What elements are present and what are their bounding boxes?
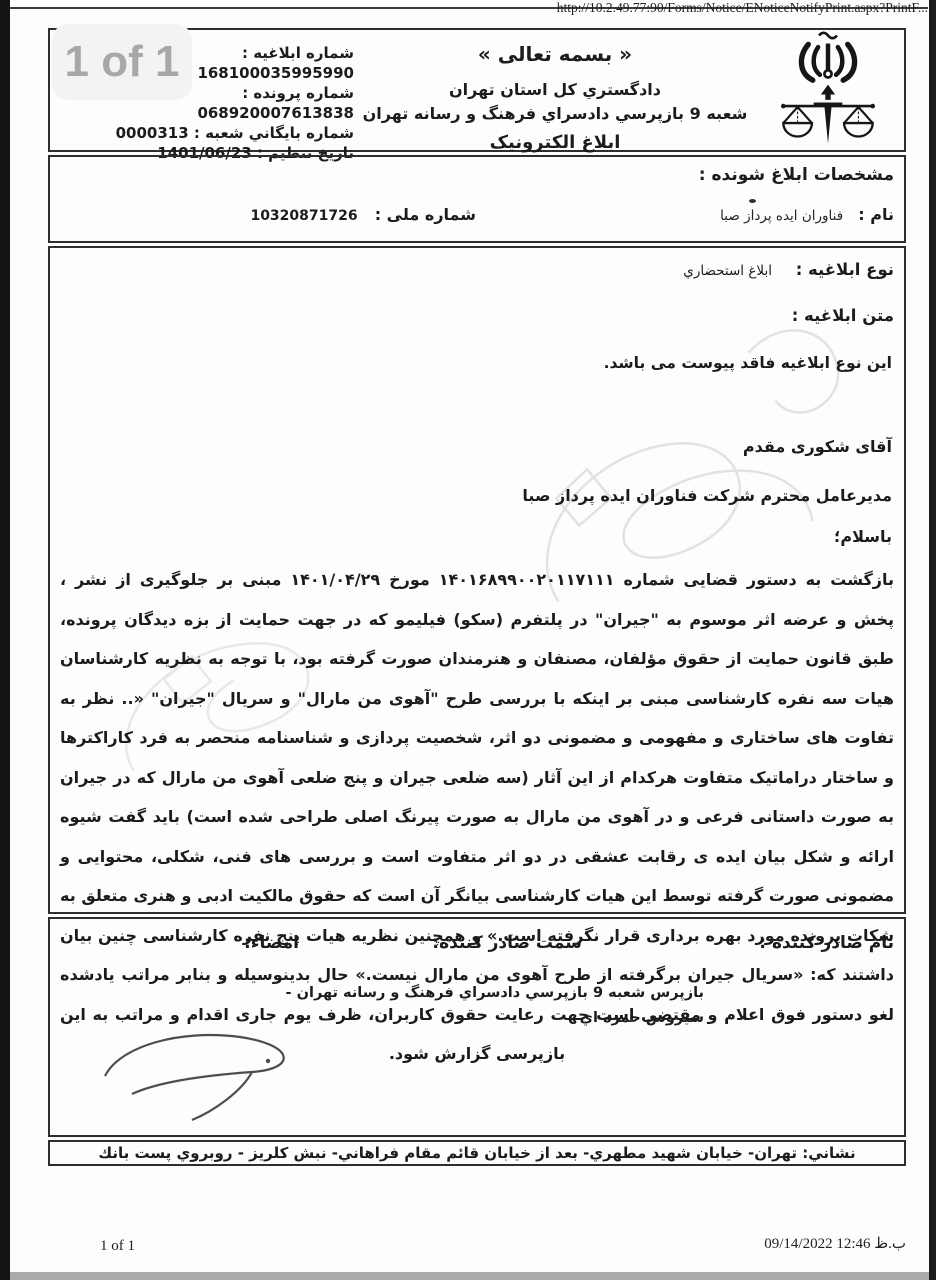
- scan-border-left: [0, 0, 10, 1280]
- org-line-1: دادگستري کل استان تهران: [358, 80, 752, 99]
- notice-document: شماره ابلاغیه : 168100035995990 شماره پر…: [48, 28, 906, 1169]
- notice-type-label: نوع ابلاغیه :: [796, 260, 894, 279]
- recipient-name-value: فناوران ایده پرداز صبا: [720, 208, 843, 224]
- recipient-name-label: نام :: [858, 205, 894, 224]
- footer-page-count: 1 of 1: [100, 1238, 135, 1255]
- notice-body-paragraph: بازگشت به دستور قضایی شماره ۱۴۰۱۶۸۹۹۰۰۲۰…: [60, 560, 894, 1074]
- scan-border-bottom: [0, 1272, 936, 1280]
- salutation: باسلام؛: [834, 527, 892, 546]
- recipient-name-row: نام : فناوران ایده پرداز صبا: [720, 205, 894, 224]
- notice-body-section: نوع ابلاغیه : ابلاغ استحضاري متن ابلاغیه…: [48, 246, 906, 914]
- judiciary-emblem-icon: [752, 30, 904, 150]
- recipient-section-title: مشخصات ابلاغ شونده :: [699, 165, 894, 185]
- header-titles: « بسمه تعالی » دادگستري کل استان تهران ش…: [358, 30, 752, 150]
- national-id-row: شماره ملی : 10320871726: [250, 205, 476, 224]
- bismillah-line: « بسمه تعالی »: [358, 42, 752, 66]
- footer-print-timestamp: 09/14/2022 12:46 ب.ظ: [764, 1234, 906, 1253]
- national-id-label: شماره ملی :: [375, 205, 476, 224]
- scan-border-right: [929, 0, 936, 1280]
- addressee-name: آقای شکوری مقدم: [743, 437, 892, 456]
- electronic-notice-title: ابلاغ الکترونیک: [358, 132, 752, 153]
- page-count-badge: 1 of 1: [52, 24, 192, 100]
- addressee-role: مدیرعامل محترم شرکت فناوران ایده پرداز ص…: [522, 486, 892, 505]
- national-id-value: 10320871726: [250, 208, 357, 224]
- branch-archive-row: شماره بایگاني شعبه : 0000313: [50, 123, 354, 143]
- org-line-2: شعبه 9 بازپرسي دادسراي فرهنگ و رسانه تهر…: [358, 104, 752, 123]
- notice-text-label: متن ابلاغیه :: [792, 306, 894, 325]
- recipient-section: مشخصات ابلاغ شونده : نام : فناوران ایده …: [48, 155, 906, 243]
- print-preview-page: http://10.2.49.77:90/Forms/Notice/ENotic…: [0, 0, 936, 1280]
- scan-speck: [749, 199, 756, 203]
- notice-type-row: نوع ابلاغیه : ابلاغ استحضاري: [683, 260, 894, 279]
- print-source-url: http://10.2.49.77:90/Forms/Notice/ENotic…: [557, 0, 928, 16]
- case-number-value: 068920007613838: [50, 103, 354, 123]
- attachment-note: این نوع ابلاغیه فاقد پیوست می باشد.: [604, 354, 892, 372]
- address-strip: نشاني: تهران- خیابان شهید مطهري- بعد از …: [48, 1140, 906, 1166]
- address-text: نشاني: تهران- خیابان شهید مطهري- بعد از …: [98, 1144, 855, 1162]
- notice-type-value: ابلاغ استحضاري: [683, 263, 772, 279]
